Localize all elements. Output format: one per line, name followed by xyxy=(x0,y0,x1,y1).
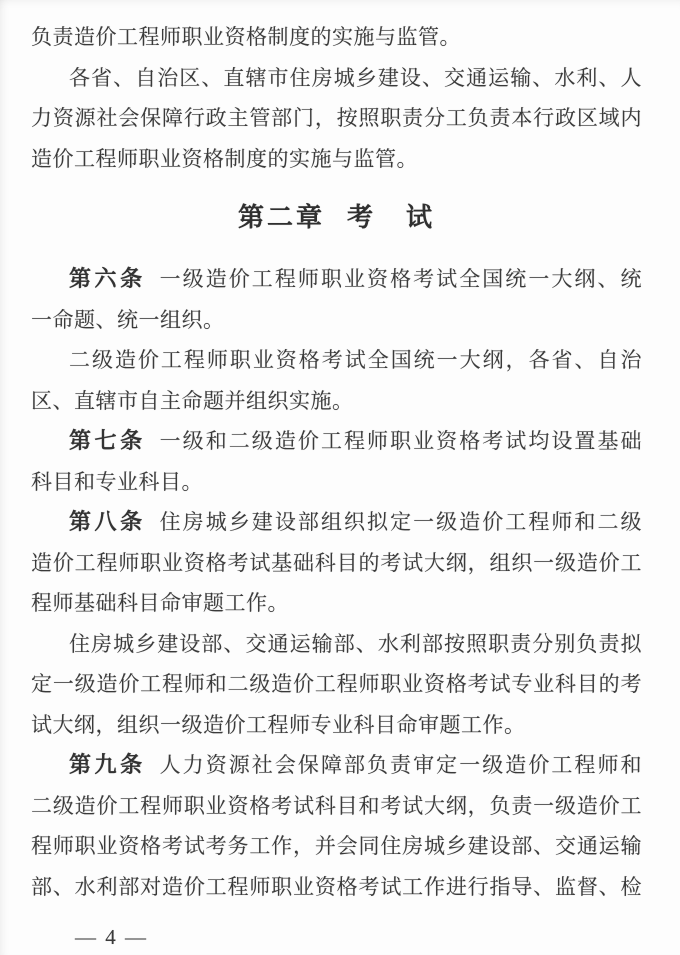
chapter-title-char: 考 xyxy=(347,202,376,232)
body-line: 负责造价工程师职业资格制度的实施与监管。 xyxy=(31,17,642,58)
body-line: 第九条人力资源社会保障部负责审定一级造价工程师和 xyxy=(31,745,642,786)
chapter-heading: 第二章考试 xyxy=(31,197,642,238)
body-line: 力资源社会保障行政主管部门，按照职责分工负责本行政区域内 xyxy=(31,98,642,139)
body-line-text: 住房城乡建设部组织拟定一级造价工程师和二级 xyxy=(160,510,642,534)
article-number: 第九条 xyxy=(69,752,146,777)
body-line: 科目和专业科目。 xyxy=(31,462,642,503)
body-line-text: 人力资源社会保障部负责审定一级造价工程师和 xyxy=(160,753,642,777)
body-line: 第七条一级和二级造价工程师职业资格考试均设置基础 xyxy=(31,421,642,462)
body-line: 二级造价工程师职业资格考试科目和考试大纲，负责一级造价工 xyxy=(31,786,642,827)
body-line: 造价工程师职业资格考试基础科目的考试大纲，组织一级造价工 xyxy=(31,543,642,584)
body-line: 各省、自治区、直辖市住房城乡建设、交通运输、水利、人 xyxy=(31,58,642,99)
body-line: 第八条住房城乡建设部组织拟定一级造价工程师和二级 xyxy=(31,502,642,543)
scanned-document-page: 负责造价工程师职业资格制度的实施与监管。 各省、自治区、直辖市住房城乡建设、交通… xyxy=(0,0,680,955)
body-line: 造价工程师职业资格制度的实施与监管。 xyxy=(31,139,642,180)
article-number: 第七条 xyxy=(69,428,146,453)
body-line: 二级造价工程师职业资格考试全国统一大纲，各省、自治 xyxy=(31,340,642,381)
body-line: 试大纲，组织一级造价工程师专业科目命审题工作。 xyxy=(31,705,642,746)
body-line-text: 一级和二级造价工程师职业资格考试均设置基础 xyxy=(160,429,642,453)
article-number: 第八条 xyxy=(69,509,146,534)
body-line: 程师基础科目命审题工作。 xyxy=(31,583,642,624)
body-line: 部、水利部对造价工程师职业资格考试工作进行指导、监督、检 xyxy=(31,867,642,908)
body-line: 住房城乡建设部、交通运输部、水利部按照职责分别负责拟 xyxy=(31,624,642,665)
body-line-text: 一级造价工程师职业资格考试全国统一大纲、统 xyxy=(160,267,642,291)
body-line: 定一级造价工程师和二级造价工程师职业资格考试专业科目的考 xyxy=(31,664,642,705)
page-number: — 4 — xyxy=(31,917,642,955)
body-line: 程师职业资格考试考务工作，并会同住房城乡建设部、交通运输 xyxy=(31,826,642,867)
body-line: 第六条一级造价工程师职业资格考试全国统一大纲、统 xyxy=(31,259,642,300)
chapter-number: 第二章 xyxy=(238,202,325,232)
document-body: 负责造价工程师职业资格制度的实施与监管。 各省、自治区、直辖市住房城乡建设、交通… xyxy=(0,0,680,955)
body-line: 区、直辖市自主命题并组织实施。 xyxy=(31,381,642,422)
article-number: 第六条 xyxy=(69,266,146,291)
body-line: 一命题、统一组织。 xyxy=(31,300,642,341)
chapter-title-char: 试 xyxy=(406,202,435,232)
